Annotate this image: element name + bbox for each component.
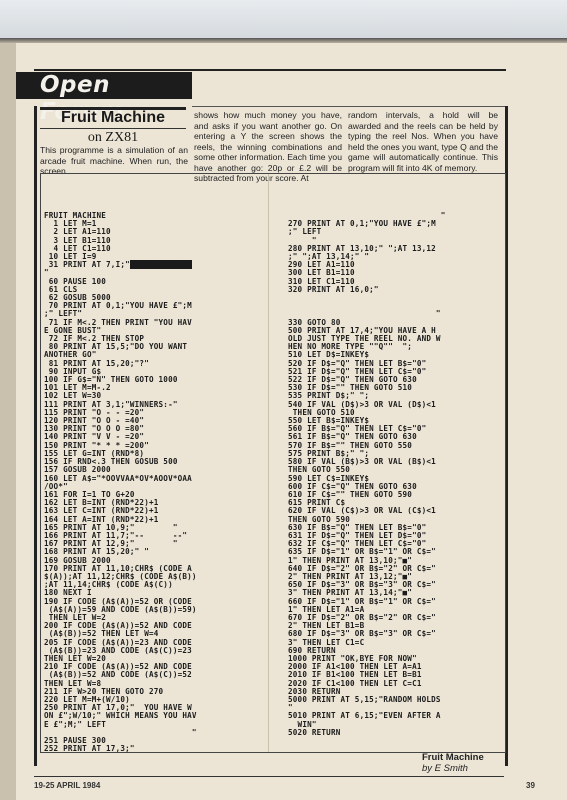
- code-line: 31 PRINT AT 7,I;"FRUIT MACHINE: [44, 260, 192, 269]
- inverse-video-text: FRUIT MACHINE: [130, 260, 192, 269]
- article-title: Fruit Machine: [40, 109, 186, 127]
- left-column-bar: [34, 106, 37, 766]
- program-listing-left: FRUIT MACHINE 1 LET M=1 2 LET A1=110 3 L…: [44, 212, 197, 753]
- intro-column-1: This programme is a simulation of an arc…: [40, 145, 188, 177]
- intro-column-3: random intervals, a hold will be awarded…: [348, 110, 498, 173]
- section-banner: Open Forum: [16, 72, 192, 99]
- banner-rule: [192, 106, 506, 107]
- footer-rule: [34, 776, 504, 777]
- credit-author: by E Smith: [422, 763, 484, 774]
- code-line: 320 PRINT AT 16,0;": [288, 285, 379, 294]
- issue-date: 19-25 APRIL 1984: [34, 781, 100, 790]
- title-rule-bottom: [40, 128, 186, 129]
- article-subtitle: on ZX81: [40, 130, 186, 146]
- top-edge-background: [0, 0, 567, 42]
- header-rule: [34, 69, 506, 71]
- credit-title: Fruit Machine: [422, 752, 484, 763]
- code-line: 5000 PRINT AT 5,15;"RANDOM HOLDS: [288, 695, 441, 704]
- left-page-edge: [0, 43, 16, 800]
- code-line: 252 PRINT AT 17,3;": [44, 744, 135, 753]
- listing-column-divider: [268, 174, 269, 752]
- program-listing-right: " 270 PRINT AT 0,1;"YOU HAVE £";M ;" LEF…: [288, 212, 445, 737]
- code-line: 5020 RETURN: [288, 728, 341, 737]
- page-number: 39: [526, 781, 535, 790]
- program-credit: Fruit Machine by E Smith: [422, 752, 484, 774]
